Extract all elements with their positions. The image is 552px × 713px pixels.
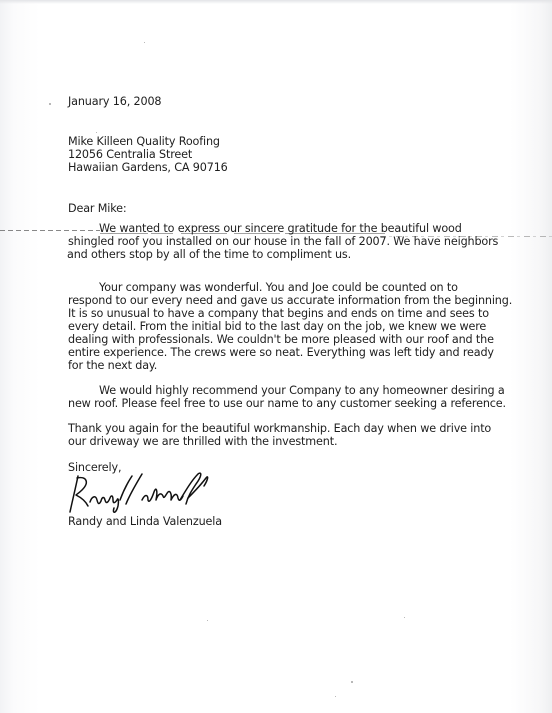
paragraph-line: Your company was wonderful. You and Joe … — [99, 281, 458, 295]
scanned-letter-page: January 16, 2008 Mike Killeen Quality Ro… — [0, 0, 552, 713]
paragraph-line: respond to our every need and gave us ac… — [68, 294, 512, 308]
recipient-city-state-zip: Hawaiian Gardens, CA 90716 — [68, 161, 228, 175]
paragraph-line: Thank you again for the beautiful workma… — [68, 422, 491, 436]
paragraph-line: It is so unusual to have a company that … — [68, 307, 489, 321]
scan-artifact-dashes — [0, 230, 100, 231]
paragraph-line: We would highly recommend your Company t… — [99, 384, 505, 398]
scan-speck — [96, 132, 97, 133]
scan-speck — [49, 103, 51, 105]
paragraph-line: new roof. Please feel free to use our na… — [68, 397, 506, 411]
paragraph-line: for the next day. — [68, 359, 157, 373]
paragraph-line: We wanted to express our sincere gratitu… — [99, 222, 462, 236]
signer-name: Randy and Linda Valenzuela — [68, 515, 222, 529]
paragraph-line: dealing with professionals. We couldn't … — [68, 333, 494, 347]
recipient-street: 12056 Centralia Street — [68, 148, 192, 162]
scan-speck — [351, 681, 353, 683]
scan-speck — [144, 42, 145, 43]
paragraph-line: our driveway we are thrilled with the in… — [68, 435, 337, 449]
recipient-name: Mike Killeen Quality Roofing — [68, 135, 220, 149]
scan-speck — [404, 617, 405, 618]
scan-edge-shadow — [0, 0, 552, 4]
paragraph-line: every detail. From the initial bid to th… — [68, 320, 486, 334]
scan-speck — [207, 620, 208, 621]
scan-speck — [335, 696, 336, 697]
paragraph-line: shingled roof you installed on our house… — [68, 235, 498, 249]
letter-date: January 16, 2008 — [68, 95, 161, 109]
salutation: Dear Mike: — [68, 202, 127, 216]
paragraph-line: entire experience. The crews were so nea… — [68, 346, 494, 360]
handwritten-signature-icon — [68, 470, 218, 516]
paragraph-line: and others stop by all of the time to co… — [67, 248, 351, 262]
